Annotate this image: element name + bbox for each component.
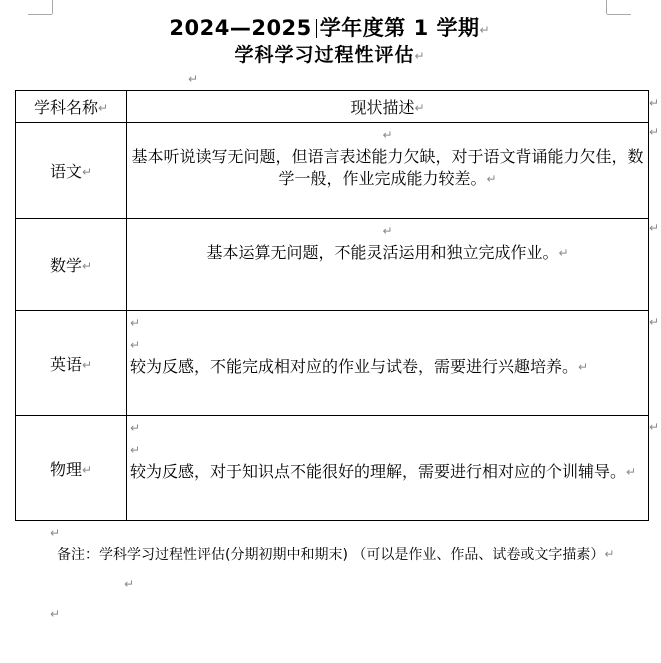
table-row: 数学↵ ↵ 基本运算无问题，不能灵活运用和独立完成作业。↵	[16, 219, 649, 311]
paragraph-mark-icon: ↵	[604, 547, 614, 561]
subject-cell-chinese[interactable]: 语文↵	[16, 123, 127, 219]
header-subject-label: 学科名称	[34, 98, 98, 117]
paragraph-mark-icon: ↵	[82, 463, 92, 477]
description-text: 较为反感，不能完成相对应的作业与试卷，需要进行兴趣培养。	[130, 357, 578, 376]
description-cell-chinese[interactable]: ↵ 基本听说读写无问题，但语言表述能力欠缺，对于语文背诵能力欠佳，数学一般，作业…	[127, 123, 649, 219]
paragraph-mark-icon: ↵	[188, 73, 198, 85]
paragraph-mark-icon: ↵	[130, 443, 140, 457]
text-cursor	[316, 19, 317, 38]
footer-note[interactable]: 备注：学科学习过程性评估(分期初期中和期末) （可以是作业、作品、试卷或文字描素…	[57, 545, 637, 564]
paragraph-mark-icon: ↵	[82, 259, 92, 273]
paragraph-mark-icon: ↵	[82, 165, 92, 179]
paragraph-mark-icon: ↵	[558, 246, 568, 260]
description-text: 基本听说读写无问题，但语言表述能力欠缺，对于语文背诵能力欠佳，数学一般，作业完成…	[131, 147, 643, 188]
document-title-line2[interactable]: 学科学习过程性评估↵	[53, 44, 606, 68]
title-line1-suffix: 学年度第 1 学期	[320, 16, 480, 40]
paragraph-mark-icon: ↵	[414, 49, 424, 63]
paragraph-mark-icon: ↵	[130, 421, 140, 435]
description-cell-english[interactable]: ↵ ↵ 较为反感，不能完成相对应的作业与试卷，需要进行兴趣培养。↵	[127, 311, 649, 416]
table-row: 英语↵ ↵ ↵ 较为反感，不能完成相对应的作业与试卷，需要进行兴趣培养。↵	[16, 311, 649, 416]
crop-mark-top-right-vertical	[606, 0, 607, 14]
paragraph-mark-icon: ↵	[130, 316, 140, 330]
title-line1-prefix: 2024—2025	[169, 16, 311, 40]
end-of-row-mark-icon: ↵	[649, 421, 659, 433]
assessment-table: 学科名称↵ 现状描述↵ 语文↵ ↵ 基本听说读写无问题，但语言表述能力欠缺，对于…	[15, 90, 649, 521]
paragraph-mark-icon: ↵	[130, 338, 140, 352]
table-row: 物理↵ ↵ ↵ 较为反感，对于知识点不能很好的理解，需要进行相对应的个训辅导。↵	[16, 416, 649, 521]
header-cell-subject[interactable]: 学科名称↵	[16, 91, 127, 123]
paragraph-mark-icon: ↵	[486, 172, 496, 186]
subject-label: 英语	[50, 355, 82, 374]
description-cell-math[interactable]: ↵ 基本运算无问题，不能灵活运用和独立完成作业。↵	[127, 219, 649, 311]
paragraph-mark-icon: ↵	[382, 224, 392, 238]
end-of-row-mark-icon: ↵	[649, 126, 659, 138]
document-title-line1[interactable]: 2024—2025学年度第 1 学期↵	[53, 15, 606, 44]
table-row: 语文↵ ↵ 基本听说读写无问题，但语言表述能力欠缺，对于语文背诵能力欠佳，数学一…	[16, 123, 649, 219]
subject-cell-math[interactable]: 数学↵	[16, 219, 127, 311]
paragraph-mark-icon: ↵	[50, 527, 60, 539]
crop-mark-top-right-horizontal	[607, 14, 631, 15]
paragraph-mark-icon: ↵	[124, 578, 134, 590]
paragraph-mark-icon: ↵	[98, 101, 108, 115]
description-text: 基本运算无问题，不能灵活运用和独立完成作业。	[206, 243, 558, 262]
subject-label: 数学	[50, 256, 82, 275]
description-cell-physics[interactable]: ↵ ↵ 较为反感，对于知识点不能很好的理解，需要进行相对应的个训辅导。↵	[127, 416, 649, 521]
paragraph-mark-icon: ↵	[480, 23, 490, 37]
title-block: 2024—2025学年度第 1 学期↵ 学科学习过程性评估↵	[53, 15, 606, 68]
crop-mark-top-left-vertical	[52, 0, 53, 14]
end-of-row-mark-icon: ↵	[649, 222, 659, 234]
subject-cell-physics[interactable]: 物理↵	[16, 416, 127, 521]
crop-mark-top-left-horizontal	[28, 14, 52, 15]
paragraph-mark-icon: ↵	[382, 128, 392, 142]
paragraph-mark-icon: ↵	[82, 358, 92, 372]
end-of-row-mark-icon: ↵	[649, 97, 659, 109]
paragraph-mark-icon: ↵	[414, 101, 424, 115]
title-line2-text: 学科学习过程性评估	[234, 44, 414, 66]
subject-label: 物理	[50, 460, 82, 479]
paragraph-mark-icon: ↵	[626, 465, 636, 479]
footer-note-text: 备注：学科学习过程性评估(分期初期中和期末) （可以是作业、作品、试卷或文字描素…	[57, 547, 604, 563]
table-header-row: 学科名称↵ 现状描述↵	[16, 91, 649, 123]
subject-cell-english[interactable]: 英语↵	[16, 311, 127, 416]
header-description-label: 现状描述	[350, 98, 414, 117]
document-page: 2024—2025学年度第 1 学期↵ 学科学习过程性评估↵ ↵ 学科名称↵ 现…	[0, 0, 661, 663]
header-cell-description[interactable]: 现状描述↵	[127, 91, 649, 123]
description-text: 较为反感，对于知识点不能很好的理解，需要进行相对应的个训辅导。	[130, 462, 626, 481]
end-of-row-mark-icon: ↵	[649, 316, 659, 328]
paragraph-mark-icon: ↵	[50, 608, 60, 620]
paragraph-mark-icon: ↵	[578, 360, 588, 374]
subject-label: 语文	[50, 162, 82, 181]
